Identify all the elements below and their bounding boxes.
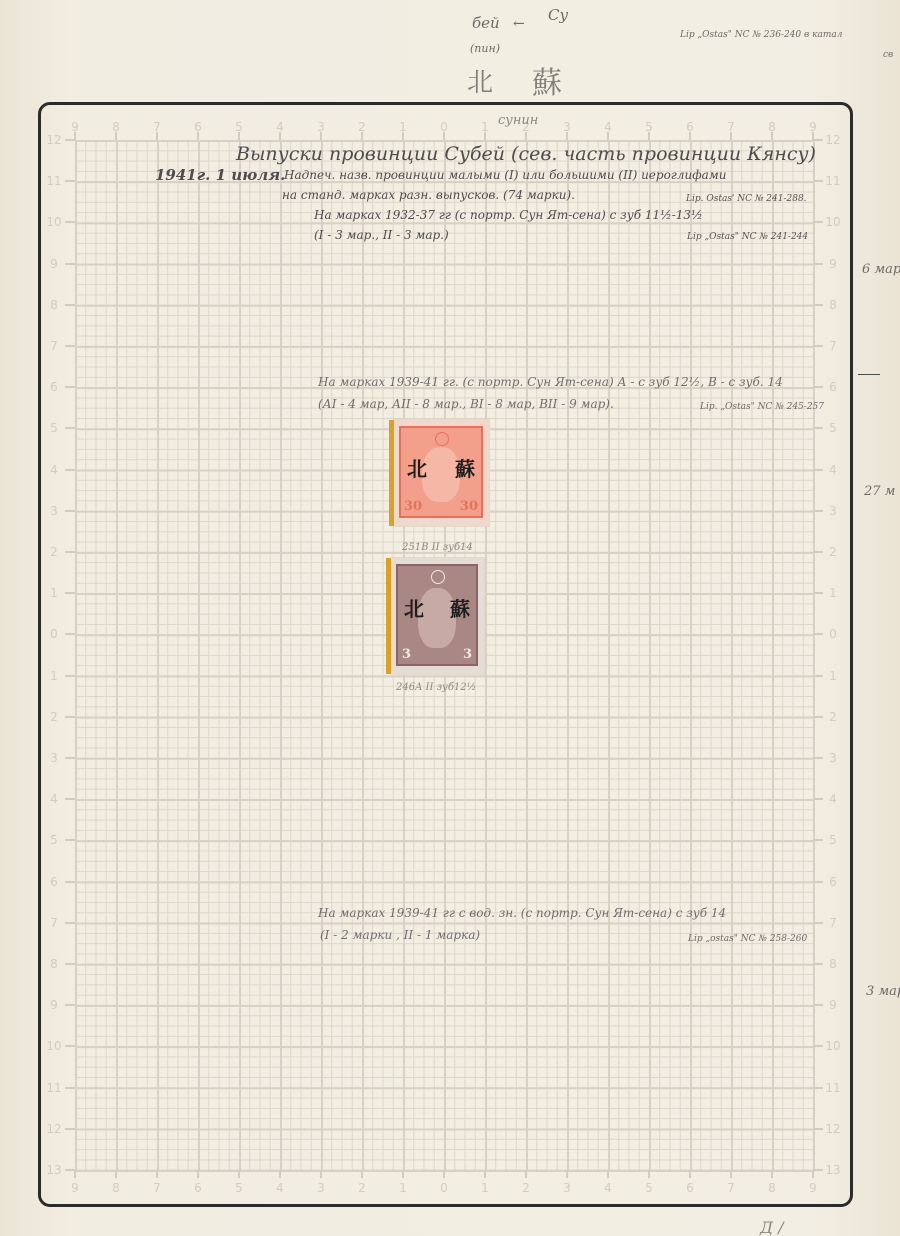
right-axis-label: 1 [823,670,843,682]
stamp-2[interactable]: 北 蘇 3 3 [386,558,484,674]
axis-tick [443,132,445,140]
note-arrow: ← [513,16,525,32]
axis-tick [607,1170,609,1178]
axis-tick [813,510,823,512]
right-axis-label: 2 [823,546,843,558]
bottom-axis-label: 7 [721,1182,741,1194]
stamp-1-caption: 251B II зуб14 [402,542,473,553]
axis-tick [279,1170,281,1178]
axis-tick [65,881,75,883]
left-axis-label: 11 [44,1082,64,1094]
note-bei: бей [472,14,500,32]
section-2-ref: Lip. „Ostas" NC № 245-257 [700,402,824,412]
left-axis-label: 8 [44,299,64,311]
right-axis-label: 12 [823,1123,843,1135]
album-page: бей ← Су (пин) 北 蘇 Lip „Ostas" NC № 236-… [0,0,900,1236]
heading-line2: на станд. марках разн. выпусков. (74 мар… [282,188,575,202]
axis-tick [320,1170,322,1178]
axis-tick [65,427,75,429]
left-axis-label: 0 [44,628,64,640]
bottom-axis-label: 4 [598,1182,618,1194]
right-axis-label: 8 [823,958,843,970]
axis-tick [566,132,568,140]
bottom-axis-label: 4 [270,1182,290,1194]
axis-tick [813,1004,823,1006]
axis-tick [648,1170,650,1178]
axis-tick [813,427,823,429]
axis-tick [813,922,823,924]
overprint-bei: 北 [407,453,427,482]
right-axis-label: 10 [823,1040,843,1052]
bottom-axis-label: 5 [639,1182,659,1194]
left-axis-label: 9 [44,999,64,1011]
left-axis-label: 9 [44,258,64,270]
left-axis-label: 3 [44,752,64,764]
section-3-line2: (I - 2 марки , II - 1 марка) [320,928,480,942]
axis-tick [648,132,650,140]
axis-tick [115,132,117,140]
section-1-ref: Lip „Ostas" NC № 241-244 [687,232,808,242]
axis-tick [65,798,75,800]
axis-tick [813,716,823,718]
axis-tick [402,1170,404,1178]
axis-tick [65,1004,75,1006]
margin-note-3: 3 мар [866,984,900,999]
stamp-design: 北 蘇 3 3 [396,564,478,666]
axis-tick [813,1045,823,1047]
axis-tick [65,386,75,388]
section-3-ref: Lip „ostas" NC № 258-260 [688,934,807,944]
catalog-note-cont: св [883,50,893,60]
right-axis-label: 5 [823,422,843,434]
right-axis-label: 0 [823,628,843,640]
axis-tick [65,221,75,223]
bottom-axis-label: 3 [557,1182,577,1194]
axis-tick [115,1170,117,1178]
left-axis-label: 10 [44,216,64,228]
axis-tick [813,633,823,635]
bottom-axis-label: 1 [475,1182,495,1194]
axis-tick [65,180,75,182]
bottom-axis-label: 1 [393,1182,413,1194]
axis-tick [443,1170,445,1178]
axis-tick [771,132,773,140]
footer-note: Д / [760,1218,783,1236]
left-axis-label: 6 [44,381,64,393]
axis-tick [525,132,527,140]
axis-tick [197,132,199,140]
right-axis-label: 11 [823,175,843,187]
axis-tick [813,551,823,553]
axis-tick [238,1170,240,1178]
axis-tick [689,1170,691,1178]
right-axis-label: 6 [823,876,843,888]
stamp-1[interactable]: 北 蘇 30 30 [389,420,489,526]
section-2-line1: На марках 1939-41 гг. (с портр. Сун Ят-с… [318,375,783,389]
bottom-axis-label: 0 [434,1182,454,1194]
right-axis-label: 1 [823,587,843,599]
left-axis-label: 10 [44,1040,64,1052]
note-pin: (пин) [470,42,500,55]
right-axis-label: 8 [823,299,843,311]
catalog-note: Lip „Ostas" NC № 236-240 в катал [680,30,842,40]
page-title: Выпуски провинции Субей (сев. часть пров… [236,143,816,165]
right-axis-label: 9 [823,999,843,1011]
axis-tick [65,633,75,635]
axis-tick [813,139,823,141]
axis-tick [813,1128,823,1130]
bottom-axis-label: 9 [803,1182,823,1194]
axis-tick [65,263,75,265]
sun-emblem-icon [435,432,449,446]
axis-tick [813,345,823,347]
section-3-line1: На марках 1939-41 гг с вод. зн. (с портр… [318,906,726,920]
left-axis-label: 5 [44,834,64,846]
axis-tick [607,132,609,140]
left-axis-label: 2 [44,546,64,558]
bottom-axis-label: 5 [229,1182,249,1194]
axis-tick [65,592,75,594]
right-axis-label: 7 [823,340,843,352]
left-axis-label: 5 [44,422,64,434]
axis-tick [65,839,75,841]
bottom-axis-label: 2 [352,1182,372,1194]
right-axis-label: 6 [823,381,843,393]
right-axis-label: 7 [823,917,843,929]
axis-tick [65,345,75,347]
heading-line1: Надпеч. назв. провинции малыми (I) или б… [284,168,726,182]
right-axis-label: 4 [823,464,843,476]
axis-tick [813,675,823,677]
axis-tick [65,304,75,306]
bottom-axis-label: 6 [188,1182,208,1194]
left-axis-label: 1 [44,587,64,599]
stamp-value-right: 3 [463,647,472,662]
axis-tick [566,1170,568,1178]
left-axis-label: 8 [44,958,64,970]
axis-tick [813,469,823,471]
right-axis-label: 12 [823,134,843,146]
stamp-value-left: 3 [402,647,411,662]
left-axis-label: 1 [44,670,64,682]
axis-tick [525,1170,527,1178]
left-axis-label: 3 [44,505,64,517]
axis-tick [65,139,75,141]
axis-tick [361,1170,363,1178]
right-axis-label: 9 [823,258,843,270]
axis-tick [484,132,486,140]
axis-tick [361,132,363,140]
overprint-su: 蘇 [450,593,470,622]
axis-tick [65,1045,75,1047]
axis-tick [65,757,75,759]
axis-tick [65,675,75,677]
issue-date: 1941г. 1 июля. [155,166,285,184]
axis-tick [813,798,823,800]
left-axis-label: 11 [44,175,64,187]
bottom-axis-label: 7 [147,1182,167,1194]
axis-tick [813,839,823,841]
left-axis-label: 12 [44,1123,64,1135]
section-1-line2: (I - 3 мар., II - 3 мар.) [314,228,449,242]
axis-tick [771,1170,773,1178]
axis-tick [689,132,691,140]
section-2-line2: (АI - 4 мар, АII - 8 мар., ВI - 8 мар, В… [318,397,614,411]
right-axis-label: 10 [823,216,843,228]
margin-rule [858,374,880,375]
right-axis-label: 3 [823,505,843,517]
axis-tick [813,592,823,594]
axis-tick [65,716,75,718]
stamp-2-caption: 246A II зуб12½ [396,682,476,693]
axis-tick [402,132,404,140]
right-axis-label: 3 [823,752,843,764]
bottom-axis-label: 2 [516,1182,536,1194]
left-axis-label: 4 [44,464,64,476]
right-axis-label: 2 [823,711,843,723]
stamp-value-right: 30 [460,499,478,514]
note-char-su: 蘇 [532,58,562,102]
sun-emblem-icon [431,570,445,584]
left-axis-label: 4 [44,793,64,805]
axis-tick [65,963,75,965]
axis-tick [813,180,823,182]
heading-ref: Lip. Ostas' NC № 241-288. [686,194,807,204]
margin-note-2: 27 м [864,484,895,499]
axis-tick [156,1170,158,1178]
right-axis-label: 11 [823,1082,843,1094]
note-su: Су [548,6,568,24]
left-axis-label: 2 [44,711,64,723]
bottom-axis-label: 6 [680,1182,700,1194]
axis-tick [156,132,158,140]
axis-tick [197,1170,199,1178]
stamp-design: 北 蘇 30 30 [399,426,483,518]
axis-tick [65,510,75,512]
margin-note-1: 6 мар [862,262,900,277]
axis-tick [813,263,823,265]
axis-tick [730,1170,732,1178]
axis-tick [65,922,75,924]
axis-tick [813,221,823,223]
bottom-axis-label: 3 [311,1182,331,1194]
axis-tick [813,881,823,883]
axis-tick [813,757,823,759]
right-axis-label: 5 [823,834,843,846]
bottom-axis-label: 8 [106,1182,126,1194]
top-axis-note: сунин [498,113,538,128]
axis-tick [65,1128,75,1130]
axis-tick [65,1087,75,1089]
axis-tick [730,132,732,140]
axis-tick [65,1169,75,1171]
axis-tick [238,132,240,140]
left-axis-label: 7 [44,340,64,352]
axis-tick [813,304,823,306]
axis-tick [74,1170,76,1178]
axis-tick [812,1170,814,1178]
left-axis-label: 13 [44,1164,64,1176]
left-axis-label: 6 [44,876,64,888]
axis-tick [65,469,75,471]
axis-tick [65,551,75,553]
right-axis-label: 4 [823,793,843,805]
bottom-axis-label: 8 [762,1182,782,1194]
axis-tick [813,386,823,388]
axis-tick [813,963,823,965]
overprint-bei: 北 [404,593,424,622]
right-axis-label: 13 [823,1164,843,1176]
overprint-su: 蘇 [455,453,475,482]
stamp-value-left: 30 [404,499,422,514]
bottom-axis-label: 9 [65,1182,85,1194]
axis-tick [279,132,281,140]
note-char-bei: 北 [467,62,493,99]
axis-tick [813,1169,823,1171]
left-axis-label: 12 [44,134,64,146]
left-axis-label: 7 [44,917,64,929]
axis-tick [813,1087,823,1089]
section-1-line1: На марках 1932-37 гг (с портр. Сун Ят-се… [314,208,703,222]
axis-tick [484,1170,486,1178]
axis-tick [320,132,322,140]
